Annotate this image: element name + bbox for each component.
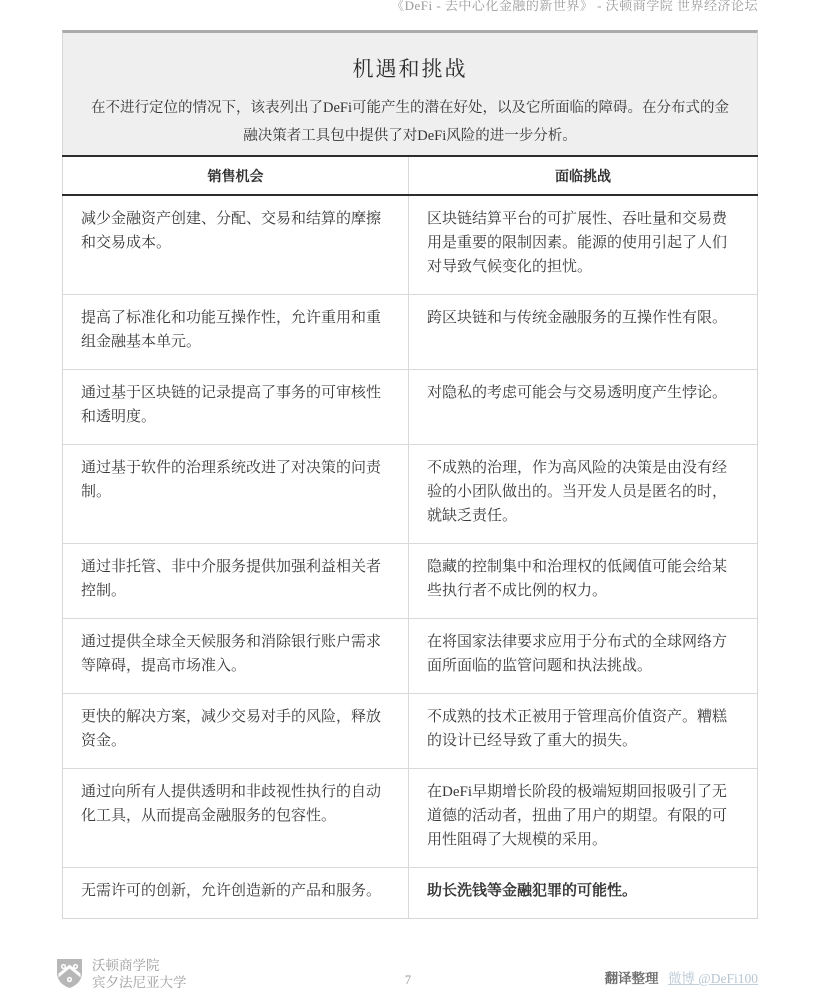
challenge-cell: 不成熟的治理，作为高风险的决策是由没有经验的小团队做出的。当开发人员是匿名的时，… — [409, 445, 758, 544]
table-row: 更快的解决方案，减少交易对手的风险，释放资金。 不成熟的技术正被用于管理高价值资… — [63, 694, 758, 769]
challenge-cell: 对隐私的考虑可能会与交易透明度产生悖论。 — [409, 370, 758, 445]
opportunity-cell: 通过基于软件的治理系统改进了对决策的问责制。 — [63, 445, 409, 544]
running-header: 《DeFi - 去中心化金融的新世界》 - 沃顿商学院 世界经济论坛 — [0, 0, 758, 14]
challenge-cell: 在DeFi早期增长阶段的极端短期回报吸引了无道德的活动者，扭曲了用户的期望。有限… — [409, 769, 758, 868]
table-row: 无需许可的创新，允许创造新的产品和服务。 助长洗钱等金融犯罪的可能性。 — [63, 868, 758, 919]
opportunity-cell: 减少金融资产创建、分配、交易和结算的摩擦和交易成本。 — [63, 195, 409, 295]
opportunity-cell: 通过向所有人提供透明和非歧视性执行的自动化工具，从而提高金融服务的包容性。 — [63, 769, 409, 868]
challenge-cell: 在将国家法律要求应用于分布式的全球网络方面所面临的监管问题和执法挑战。 — [409, 619, 758, 694]
challenge-cell: 区块链结算平台的可扩展性、吞吐量和交易费用是重要的限制因素。能源的使用引起了人们… — [409, 195, 758, 295]
table-row: 通过非托管、非中介服务提供加强利益相关者控制。 隐藏的控制集中和治理权的低阈值可… — [63, 544, 758, 619]
running-header-title: 《DeFi - 去中心化金融的新世界》 - 沃顿商学院 世界经济论坛 — [391, 0, 758, 13]
column-header-opportunities: 销售机会 — [63, 156, 409, 195]
credit-label: 翻译整理 — [605, 971, 659, 986]
opportunity-cell: 通过提供全球全天候服务和消除银行账户需求等障碍，提高市场准入。 — [63, 619, 409, 694]
challenge-cell: 跨区块链和与传统金融服务的互操作性有限。 — [409, 295, 758, 370]
opportunities-challenges-table: 销售机会 面临挑战 减少金融资产创建、分配、交易和结算的摩擦和交易成本。 区块链… — [62, 155, 758, 919]
table-row: 通过基于区块链的记录提高了事务的可审核性和透明度。 对隐私的考虑可能会与交易透明… — [63, 370, 758, 445]
opportunity-cell: 通过非托管、非中介服务提供加强利益相关者控制。 — [63, 544, 409, 619]
footer-school-line1: 沃顿商学院 — [92, 957, 187, 974]
table-row: 减少金融资产创建、分配、交易和结算的摩擦和交易成本。 区块链结算平台的可扩展性、… — [63, 195, 758, 295]
opportunity-cell: 无需许可的创新，允许创造新的产品和服务。 — [63, 868, 409, 919]
opportunity-cell: 提高了标准化和功能互操作性，允许重用和重组金融基本单元。 — [63, 295, 409, 370]
intro-panel: 机遇和挑战 在不进行定位的情况下，该表列出了DeFi可能产生的潜在好处，以及它所… — [62, 30, 758, 155]
table-row: 提高了标准化和功能互操作性，允许重用和重组金融基本单元。 跨区块链和与传统金融服… — [63, 295, 758, 370]
opportunity-cell: 通过基于区块链的记录提高了事务的可审核性和透明度。 — [63, 370, 409, 445]
intro-description: 在不进行定位的情况下，该表列出了DeFi可能产生的潜在好处，以及它所面临的障碍。… — [63, 94, 757, 150]
challenge-cell: 助长洗钱等金融犯罪的可能性。 — [409, 868, 758, 919]
challenge-cell: 隐藏的控制集中和治理权的低阈值可能会给某些执行者不成比例的权力。 — [409, 544, 758, 619]
table-row: 通过提供全球全天候服务和消除银行账户需求等障碍，提高市场准入。 在将国家法律要求… — [63, 619, 758, 694]
table-row: 通过向所有人提供透明和非歧视性执行的自动化工具，从而提高金融服务的包容性。 在D… — [63, 769, 758, 868]
table-header-row: 销售机会 面临挑战 — [63, 156, 758, 195]
table-row: 通过基于软件的治理系统改进了对决策的问责制。 不成熟的治理，作为高风险的决策是由… — [63, 445, 758, 544]
column-header-challenges: 面临挑战 — [409, 156, 758, 195]
page-title: 机遇和挑战 — [63, 53, 757, 83]
challenge-cell: 不成熟的技术正被用于管理高价值资产。糟糕的设计已经导致了重大的损失。 — [409, 694, 758, 769]
weibo-link[interactable]: 微博 @DeFi100 — [668, 971, 758, 986]
opportunity-cell: 更快的解决方案，减少交易对手的风险，释放资金。 — [63, 694, 409, 769]
footer-credit: 翻译整理 微博 @DeFi100 — [605, 967, 758, 987]
